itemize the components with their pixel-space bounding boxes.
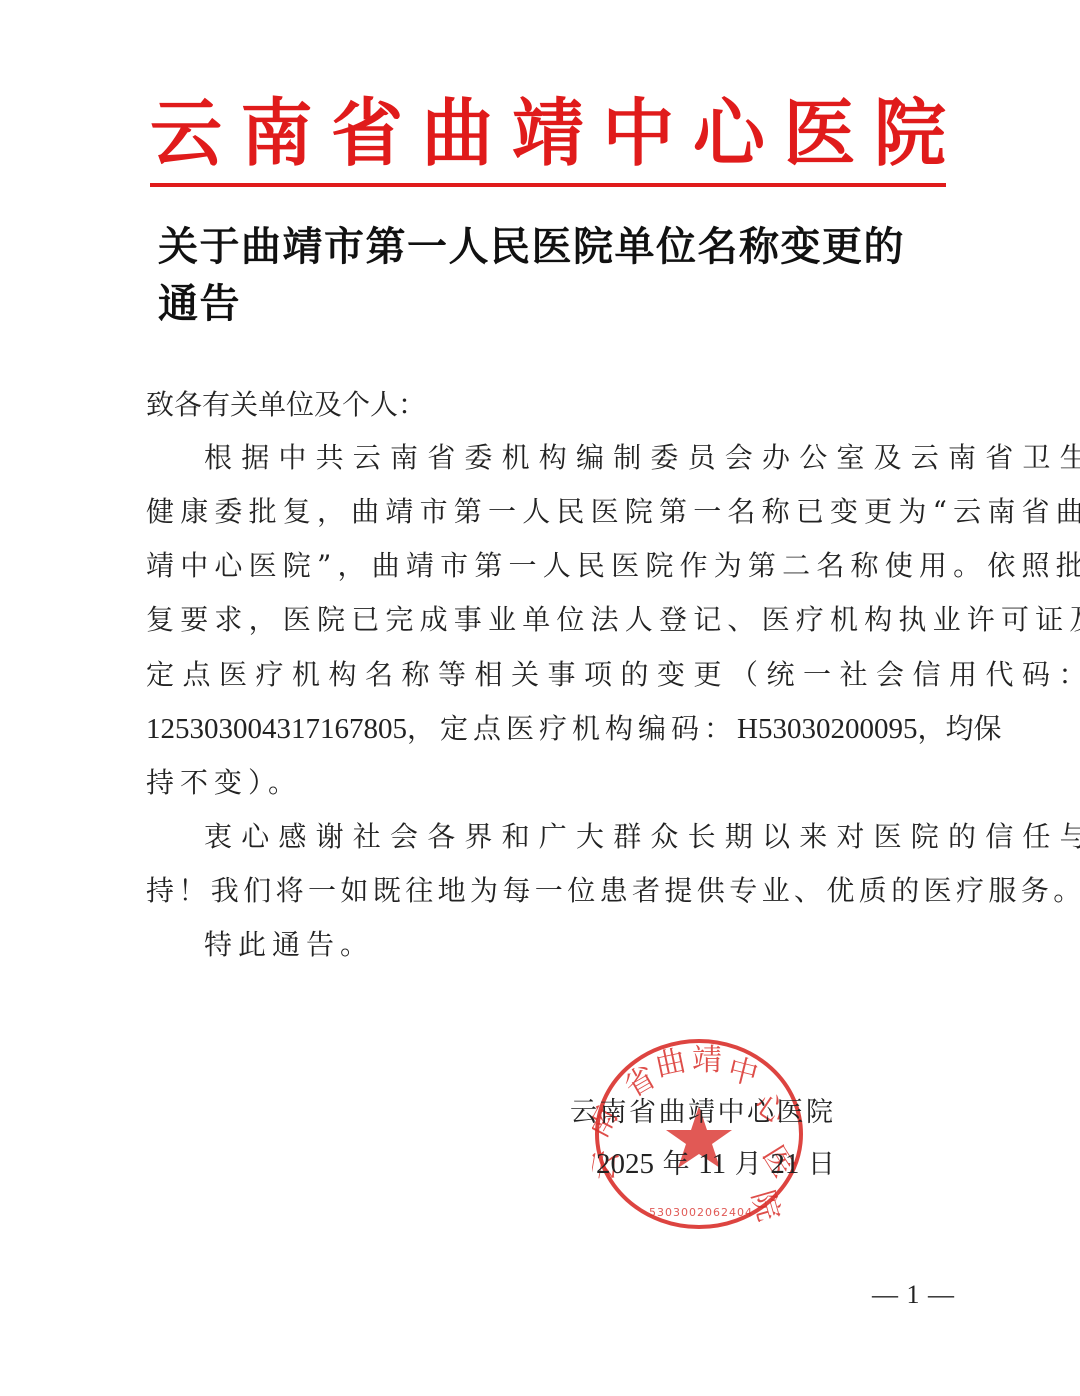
paragraph1-codes-line: 125303004317167805，定点医疗机构编码：H53030200095…	[146, 709, 952, 749]
paragraph1-line: 靖中心医院”，曲靖市第一人民医院作为第二名称使用。依照批	[146, 546, 952, 586]
salutation: 致各有关单位及个人：	[146, 385, 426, 425]
closing-line: 特此通告。	[204, 925, 374, 965]
paragraph2-line: 衷心感谢社会各界和广大群众长期以来对医院的信任与支	[204, 817, 952, 857]
svg-text:中: 中	[724, 1052, 762, 1093]
letterhead-char: 曲	[421, 87, 493, 179]
letterhead-char: 院	[874, 87, 946, 179]
paragraph2-line: 持！我们将一如既往地为每一位患者提供专业、优质的医疗服务。	[146, 871, 952, 911]
svg-text:5303002062404: 5303002062404	[649, 1206, 753, 1219]
unified-social-credit-code: 125303004317167805	[146, 709, 407, 749]
document-title: 关于曲靖市第一人民医院单位名称变更的通告	[158, 242, 936, 302]
paragraph1-line: 持不变）。	[146, 763, 302, 803]
document-title-text: 关于曲靖市第一人民医院单位名称变更的通告	[158, 215, 936, 329]
letterhead-char: 心	[693, 87, 765, 179]
designated-institution-code: H53030200095	[737, 709, 917, 749]
svg-text:靖: 靖	[692, 1043, 722, 1078]
letterhead-char: 中	[602, 87, 674, 179]
official-seal-icon: 省 曲 靖 中 心 医 院 南 云 5303002062404	[592, 1036, 806, 1232]
paragraph1-line: 健康委批复，曲靖市第一人民医院第一名称已变更为“云南省曲	[146, 492, 952, 532]
letterhead-char: 医	[783, 87, 855, 179]
svg-text:曲: 曲	[652, 1043, 689, 1083]
letterhead-char: 靖	[512, 87, 584, 179]
letterhead-char: 云	[150, 87, 222, 179]
paragraph1-line: 根据中共云南省委机构编制委员会办公室及云南省卫生	[204, 438, 952, 478]
page-number: — 1 —	[872, 1280, 955, 1310]
signature-org: 云南省曲靖中心医院	[570, 1090, 836, 1129]
paragraph1-line: 复要求，医院已完成事业单位法人登记、医疗机构执业许可证及	[146, 600, 952, 640]
letterhead-char: 省	[331, 87, 403, 179]
letterhead-org-name: 云 南 省 曲 靖 中 心 医 院	[150, 88, 946, 178]
signature-date: 2025 年 11 月 21 日	[596, 1142, 835, 1181]
letterhead-divider	[150, 183, 946, 187]
paragraph1-line: 定点医疗机构名称等相关事项的变更（统一社会信用代码：	[146, 655, 952, 695]
letterhead-char: 南	[240, 87, 312, 179]
